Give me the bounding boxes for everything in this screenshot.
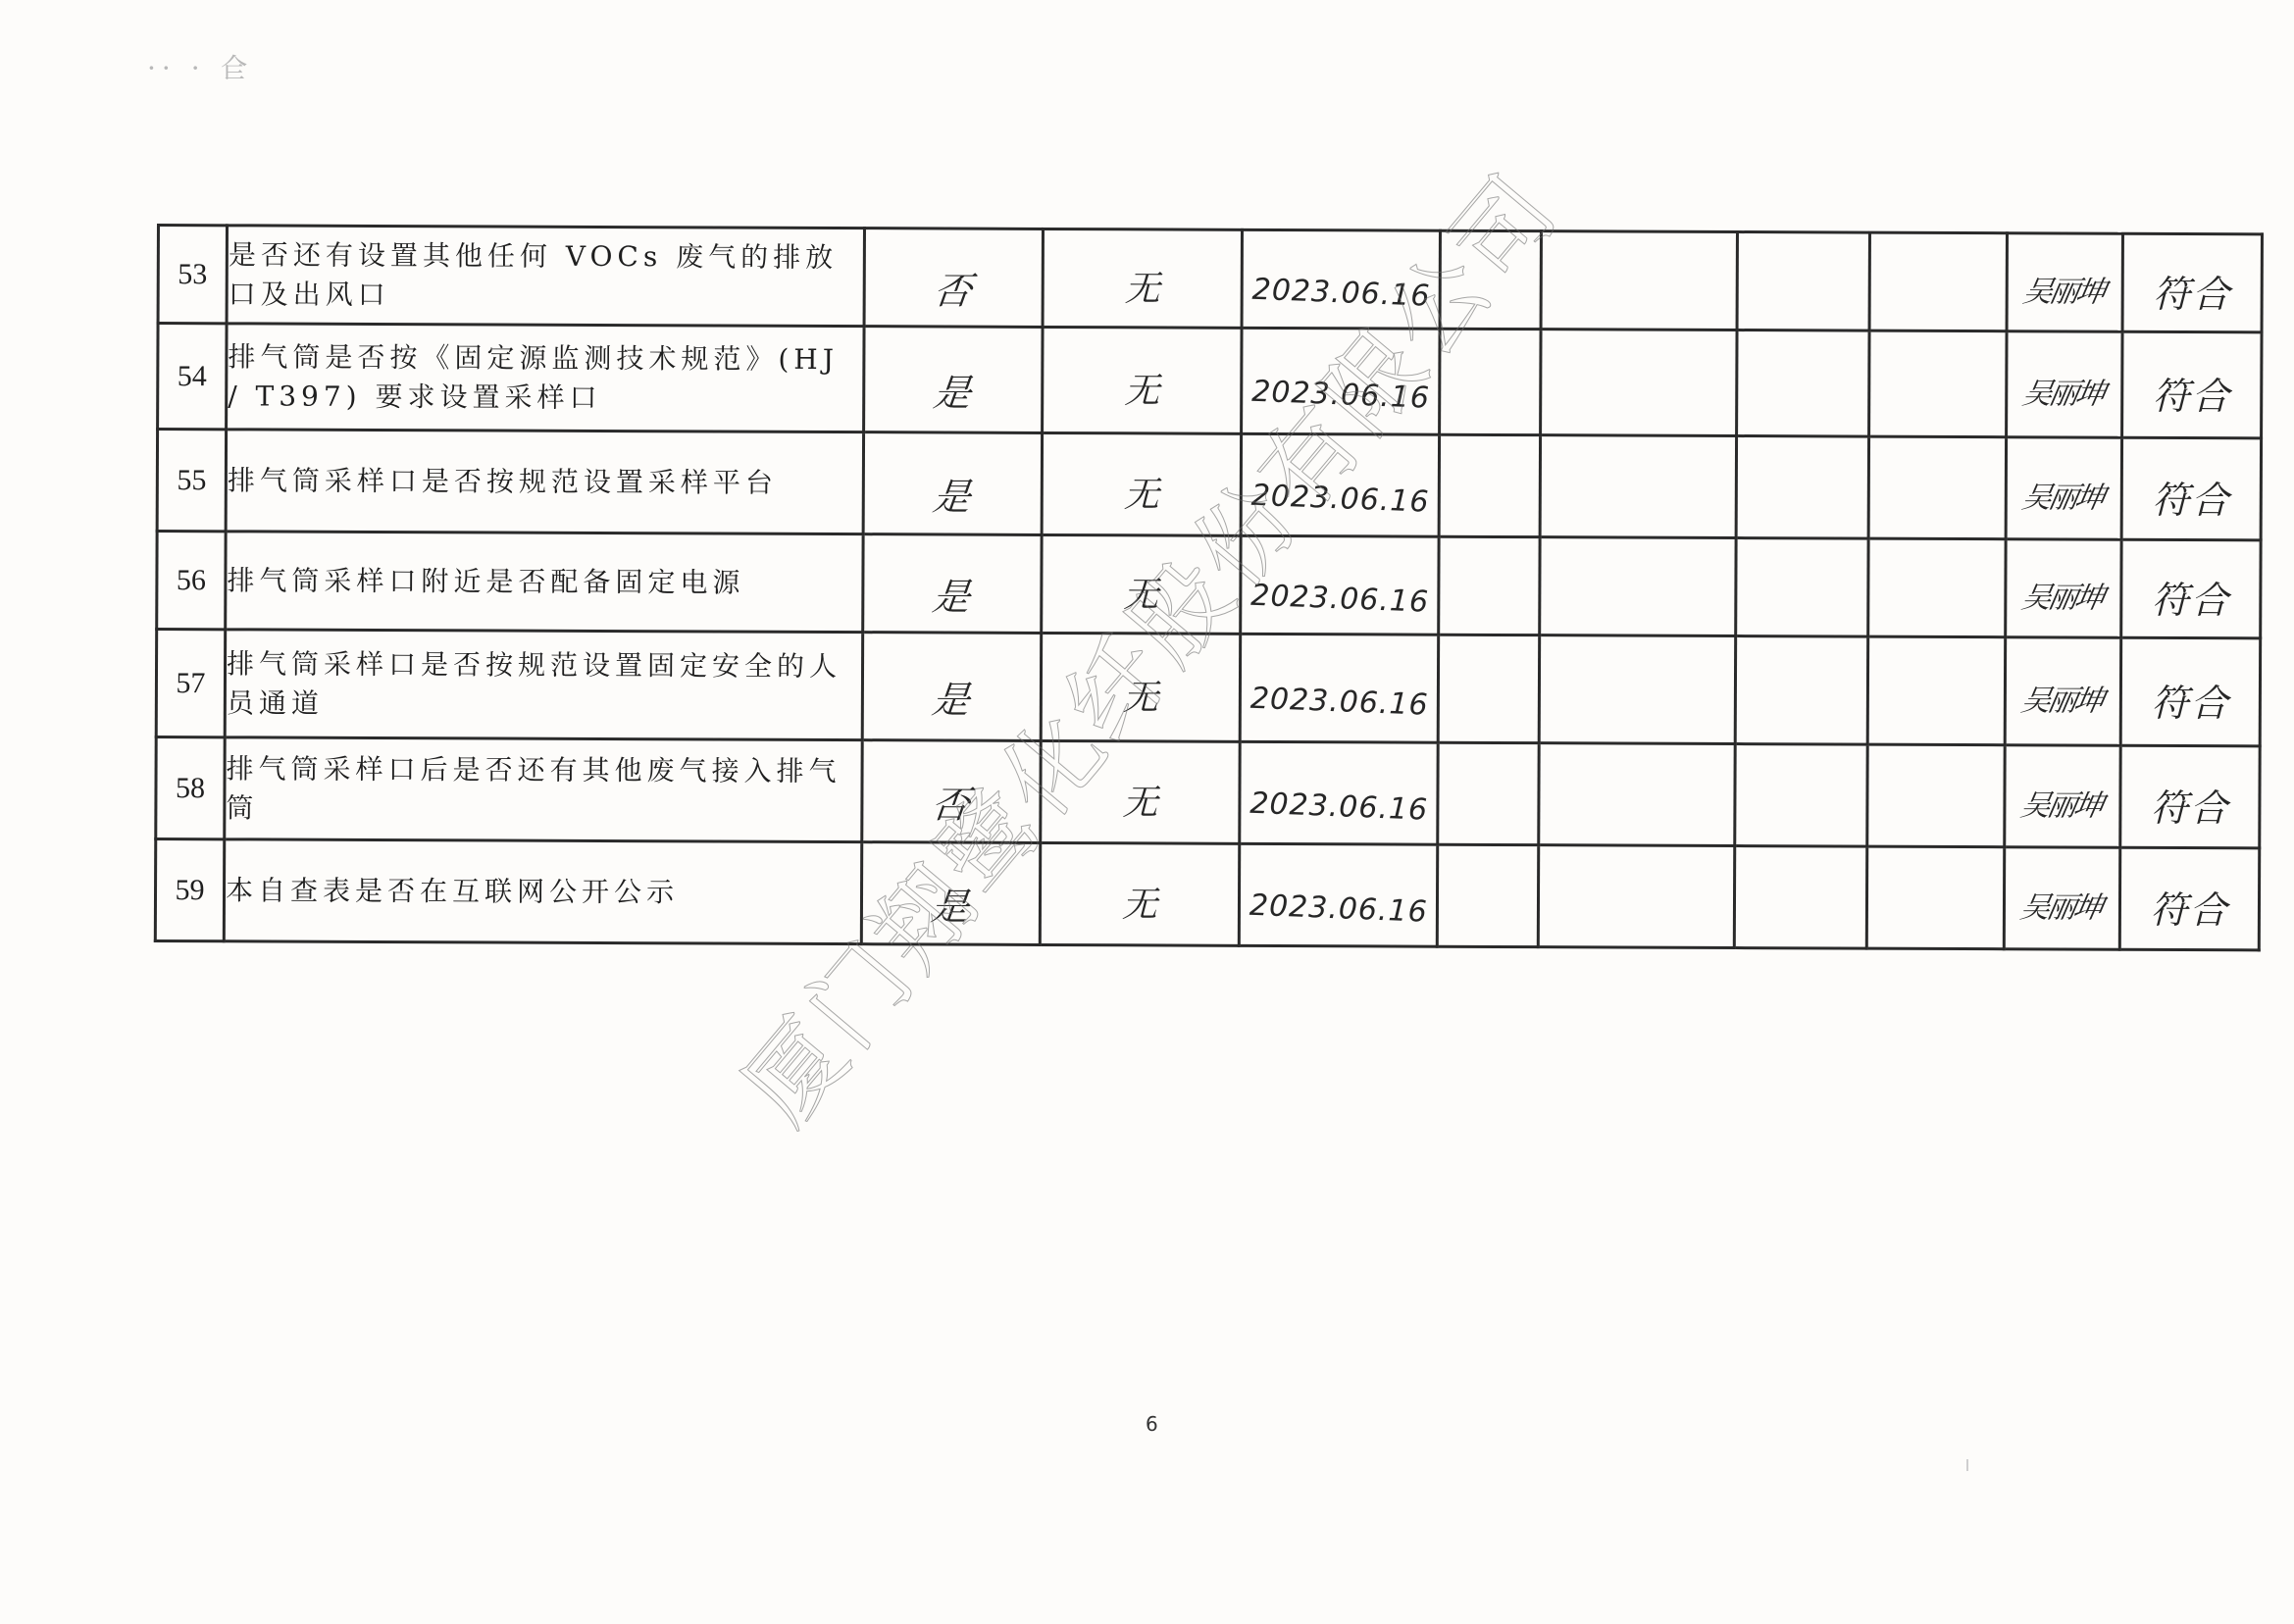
signer-cell: 吴丽坤 [2007, 233, 2122, 332]
issue-cell: 无 [1041, 740, 1240, 843]
scan-artifact-mark: ·· · 仺 [147, 47, 254, 86]
item-number: 54 [158, 324, 227, 430]
item-number: 58 [156, 737, 225, 839]
self-inspection-table: 53 是否还有设置其他任何 VOCs 废气的排放口及出风口 否 无 2023.0… [154, 224, 2264, 951]
handwritten-date: 2023.06.16 [1250, 375, 1430, 416]
handwritten-answer: 是 [932, 362, 975, 416]
handwritten-issue: 无 [1125, 261, 1160, 311]
issue-cell: 无 [1042, 432, 1241, 535]
handwritten-result: 符合 [2151, 673, 2229, 727]
table-row: 54 排气筒是否按《固定源监测技术规范》(HJ / T397) 要求设置采样口 … [158, 324, 2262, 438]
handwritten-answer: 否 [932, 260, 975, 314]
signer-cell: 吴丽坤 [2005, 637, 2120, 746]
issue-cell: 无 [1042, 534, 1241, 634]
empty-cell [1868, 538, 2006, 637]
handwritten-answer: 是 [929, 876, 972, 930]
item-description: 排气筒是否按《固定源监测技术规范》(HJ / T397) 要求设置采样口 [227, 324, 864, 432]
handwritten-date: 2023.06.16 [1249, 579, 1429, 620]
handwritten-signature: 吴丽坤 [2020, 267, 2108, 310]
item-number: 55 [157, 430, 226, 532]
handwritten-signature: 吴丽坤 [2017, 781, 2105, 824]
date-cell: 2023.06.16 [1240, 634, 1438, 742]
handwritten-result: 符合 [2152, 570, 2230, 624]
table-row: 59 本自查表是否在互联网公开公示 是 无 2023.06.16 吴丽坤 符合 [155, 839, 2259, 950]
item-description: 排气筒采样口是否按规范设置采样平台 [226, 430, 863, 534]
empty-cell [1437, 844, 1538, 946]
issue-cell: 无 [1041, 633, 1240, 741]
empty-cell [1540, 537, 1736, 636]
table-row: 53 是否还有设置其他任何 VOCs 废气的排放口及出风口 否 无 2023.0… [158, 226, 2262, 332]
handwritten-result: 符合 [2152, 470, 2230, 524]
table-row: 56 排气筒采样口附近是否配备固定电源 是 无 2023.06.16 吴丽坤 符… [157, 532, 2261, 638]
handwritten-answer: 是 [931, 566, 974, 620]
empty-cell [1440, 329, 1541, 434]
empty-cell [1737, 232, 1869, 331]
result-cell: 符合 [2121, 437, 2261, 540]
empty-cell [1867, 744, 2005, 847]
result-cell: 符合 [2122, 331, 2262, 438]
issue-cell: 无 [1043, 327, 1242, 433]
handwritten-date: 2023.06.16 [1249, 888, 1428, 930]
issue-cell: 无 [1040, 842, 1239, 945]
item-number: 53 [158, 226, 227, 324]
empty-cell [1541, 330, 1737, 436]
handwritten-issue: 无 [1124, 467, 1159, 517]
handwritten-answer: 是 [930, 669, 973, 723]
result-cell: 符合 [2122, 233, 2262, 332]
answer-cell: 是 [861, 842, 1040, 945]
empty-cell [1539, 743, 1735, 846]
handwritten-answer: 否 [930, 774, 973, 828]
empty-cell [1538, 845, 1734, 948]
signer-cell: 吴丽坤 [2007, 331, 2122, 438]
signer-cell: 吴丽坤 [2006, 437, 2121, 540]
result-cell: 符合 [2119, 847, 2259, 950]
empty-cell [1439, 434, 1540, 536]
empty-cell [1539, 635, 1735, 744]
handwritten-signature: 吴丽坤 [2018, 676, 2106, 719]
page-number: 6 [1146, 1412, 1158, 1436]
handwritten-signature: 吴丽坤 [2018, 573, 2106, 616]
empty-cell [1868, 436, 2006, 539]
answer-cell: 是 [864, 327, 1043, 433]
handwritten-issue: 无 [1123, 670, 1158, 720]
handwritten-issue: 无 [1124, 363, 1159, 413]
result-cell: 符合 [2120, 637, 2260, 746]
handwritten-date: 2023.06.16 [1249, 682, 1429, 723]
signer-cell: 吴丽坤 [2005, 745, 2120, 848]
result-cell: 符合 [2120, 745, 2260, 848]
signer-cell: 吴丽坤 [2004, 847, 2119, 950]
empty-cell [1440, 230, 1541, 329]
handwritten-date: 2023.06.16 [1249, 787, 1428, 828]
handwritten-result: 符合 [2150, 880, 2228, 934]
empty-cell [1737, 330, 1869, 437]
date-cell: 2023.06.16 [1240, 741, 1438, 844]
result-cell: 符合 [2121, 539, 2261, 638]
empty-cell [1540, 435, 1736, 538]
empty-cell [1438, 742, 1539, 844]
handwritten-answer: 是 [931, 466, 974, 520]
answer-cell: 是 [863, 534, 1042, 634]
item-description: 排气筒采样口附近是否配备固定电源 [226, 532, 863, 633]
empty-cell [1735, 744, 1867, 847]
empty-cell [1867, 636, 2005, 745]
item-number: 57 [156, 630, 225, 737]
item-number: 56 [157, 532, 226, 630]
handwritten-result: 符合 [2153, 366, 2231, 420]
empty-cell [1735, 636, 1867, 745]
empty-cell [1439, 536, 1540, 634]
handwritten-date: 2023.06.16 [1250, 479, 1430, 520]
handwritten-signature: 吴丽坤 [2017, 883, 2105, 926]
date-cell: 2023.06.16 [1241, 433, 1439, 536]
date-cell: 2023.06.16 [1241, 535, 1439, 634]
handwritten-date: 2023.06.16 [1251, 273, 1431, 314]
handwritten-signature: 吴丽坤 [2019, 473, 2107, 516]
table-row: 58 排气筒采样口后是否还有其他废气接入排气筒 否 无 2023.06.16 吴… [156, 737, 2260, 848]
answer-cell: 是 [863, 432, 1042, 535]
empty-cell [1438, 634, 1539, 742]
handwritten-result: 符合 [2151, 778, 2229, 832]
item-description: 排气筒采样口是否按规范设置固定安全的人员通道 [225, 630, 862, 740]
empty-cell [1541, 231, 1737, 330]
empty-cell [1869, 330, 2007, 437]
empty-cell [1736, 538, 1868, 637]
issue-cell: 无 [1043, 228, 1242, 328]
empty-cell [1869, 232, 2007, 331]
empty-cell [1734, 846, 1866, 949]
item-description: 本自查表是否在互联网公开公示 [224, 839, 861, 944]
handwritten-signature: 吴丽坤 [2019, 369, 2107, 412]
date-cell: 2023.06.16 [1242, 229, 1440, 329]
item-description: 排气筒采样口后是否还有其他废气接入排气筒 [225, 737, 862, 842]
handwritten-result: 符合 [2153, 264, 2231, 318]
item-number: 59 [155, 839, 224, 941]
date-cell: 2023.06.16 [1239, 843, 1437, 946]
signer-cell: 吴丽坤 [2006, 539, 2121, 638]
empty-cell [1736, 436, 1868, 539]
handwritten-issue: 无 [1122, 877, 1157, 927]
answer-cell: 是 [862, 633, 1041, 741]
table-row: 57 排气筒采样口是否按规范设置固定安全的人员通道 是 无 2023.06.16… [156, 630, 2260, 746]
answer-cell: 否 [864, 228, 1043, 328]
date-cell: 2023.06.16 [1242, 328, 1440, 434]
handwritten-issue: 无 [1122, 775, 1157, 825]
empty-cell [1866, 846, 2004, 949]
handwritten-issue: 无 [1123, 567, 1158, 617]
answer-cell: 否 [862, 740, 1041, 843]
item-description: 是否还有设置其他任何 VOCs 废气的排放口及出风口 [227, 226, 864, 327]
scan-artifact-tick [1966, 1459, 1968, 1471]
table-row: 55 排气筒采样口是否按规范设置采样平台 是 无 2023.06.16 吴丽坤 … [157, 430, 2261, 540]
